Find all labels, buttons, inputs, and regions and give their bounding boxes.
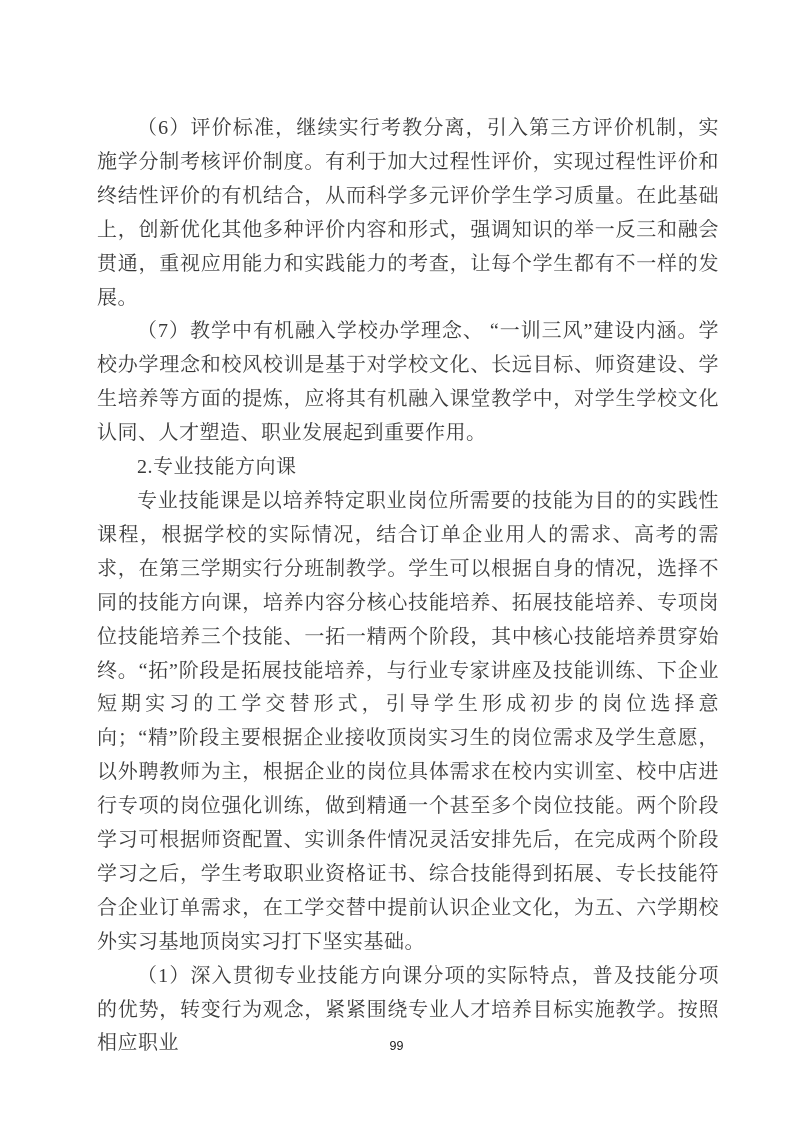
page-number: 99 <box>0 1039 793 1053</box>
paragraph-item-7: （7）教学中有机融入学校办学理念、 “一训三风”建设内涵。学校办学理念和校风校训… <box>97 315 719 451</box>
paragraph-item-6: （6）评价标准，继续实行考教分离，引入第三方评价机制，实施学分制考核评价制度。有… <box>97 112 719 315</box>
section-heading-2: 2.专业技能方向课 <box>97 451 719 485</box>
paragraph-skills-course: 专业技能课是以培养特定职业岗位所需要的技能为目的的实践性课程，根据学校的实际情况… <box>97 485 719 960</box>
document-page: （6）评价标准，继续实行考教分离，引入第三方评价机制，实施学分制考核评价制度。有… <box>0 0 793 1122</box>
page-body-text: （6）评价标准，继续实行考教分离，引入第三方评价机制，实施学分制考核评价制度。有… <box>97 112 719 1061</box>
